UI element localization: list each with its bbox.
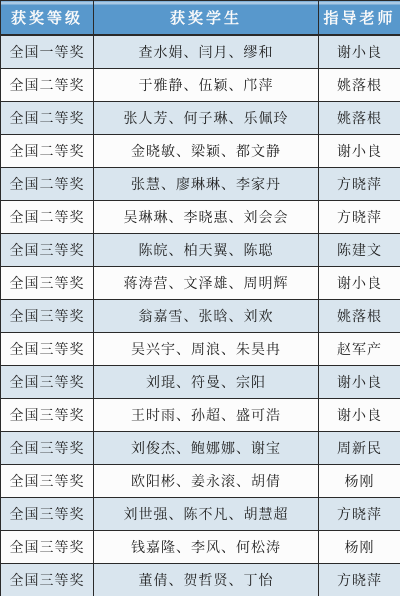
award-level-cell: 全国三等奖	[1, 465, 94, 498]
teacher-cell: 谢小良	[319, 267, 400, 300]
table-row: 全国三等奖刘琨、符曼、宗阳谢小良	[1, 366, 400, 399]
students-cell: 钱嘉隆、李风、何松涛	[94, 531, 319, 564]
teacher-cell: 姚落根	[319, 102, 400, 135]
table-row: 全国二等奖金晓敏、梁颖、都文静谢小良	[1, 135, 400, 168]
table-row: 全国二等奖张慧、廖琳琳、李家丹方晓萍	[1, 168, 400, 201]
award-level-cell: 全国三等奖	[1, 333, 94, 366]
table-row: 全国二等奖张人芳、何子琳、乐佩玲姚落根	[1, 102, 400, 135]
award-level-cell: 全国三等奖	[1, 432, 94, 465]
students-cell: 吴兴宇、周浪、朱昊冉	[94, 333, 319, 366]
award-level-cell: 全国二等奖	[1, 135, 94, 168]
table-row: 全国三等奖翁嘉雪、张晗、刘欢姚落根	[1, 300, 400, 333]
teacher-cell: 周新民	[319, 432, 400, 465]
students-cell: 陈皖、柏天翼、陈聪	[94, 234, 319, 267]
teacher-cell: 谢小良	[319, 399, 400, 432]
award-level-cell: 全国二等奖	[1, 168, 94, 201]
teacher-cell: 方晓萍	[319, 498, 400, 531]
students-cell: 张慧、廖琳琳、李家丹	[94, 168, 319, 201]
award-level-cell: 全国三等奖	[1, 399, 94, 432]
teacher-cell: 姚落根	[319, 69, 400, 102]
award-level-cell: 全国三等奖	[1, 531, 94, 564]
table-row: 全国二等奖于雅静、伍颖、邝萍姚落根	[1, 69, 400, 102]
teacher-cell: 杨刚	[319, 465, 400, 498]
teacher-cell: 姚落根	[319, 300, 400, 333]
header-award-level: 获奖等级	[1, 1, 94, 36]
table-row: 全国三等奖陈皖、柏天翼、陈聪陈建文	[1, 234, 400, 267]
teacher-cell: 方晓萍	[319, 201, 400, 234]
header-row: 获奖等级 获奖学生 指导老师	[1, 1, 400, 36]
table-row: 全国三等奖刘俊杰、鲍娜娜、谢宝周新民	[1, 432, 400, 465]
teacher-cell: 谢小良	[319, 135, 400, 168]
award-level-cell: 全国二等奖	[1, 201, 94, 234]
table-row: 全国二等奖吴琳琳、李晓惠、刘会会方晓萍	[1, 201, 400, 234]
teacher-cell: 谢小良	[319, 35, 400, 69]
award-level-cell: 全国三等奖	[1, 267, 94, 300]
award-level-cell: 全国三等奖	[1, 498, 94, 531]
students-cell: 张人芳、何子琳、乐佩玲	[94, 102, 319, 135]
teacher-cell: 赵军产	[319, 333, 400, 366]
students-cell: 董倩、贺哲贤、丁怡	[94, 564, 319, 596]
table-row: 全国三等奖欧阳彬、姜永滚、胡倩杨刚	[1, 465, 400, 498]
teacher-cell: 陈建文	[319, 234, 400, 267]
table-row: 全国三等奖钱嘉隆、李风、何松涛杨刚	[1, 531, 400, 564]
students-cell: 欧阳彬、姜永滚、胡倩	[94, 465, 319, 498]
award-level-cell: 全国三等奖	[1, 234, 94, 267]
award-level-cell: 全国三等奖	[1, 564, 94, 596]
awards-table: 获奖等级 获奖学生 指导老师 全国一等奖查水娟、闫月、缪和谢小良全国二等奖于雅静…	[0, 0, 400, 596]
students-cell: 王时雨、孙超、盛可浩	[94, 399, 319, 432]
table-row: 全国三等奖刘世强、陈不凡、胡慧超方晓萍	[1, 498, 400, 531]
teacher-cell: 方晓萍	[319, 168, 400, 201]
students-cell: 蒋涛营、文泽雄、周明辉	[94, 267, 319, 300]
teacher-cell: 谢小良	[319, 366, 400, 399]
header-award-students: 获奖学生	[94, 1, 319, 36]
award-level-cell: 全国三等奖	[1, 366, 94, 399]
table-row: 全国三等奖王时雨、孙超、盛可浩谢小良	[1, 399, 400, 432]
students-cell: 翁嘉雪、张晗、刘欢	[94, 300, 319, 333]
award-level-cell: 全国一等奖	[1, 35, 94, 69]
students-cell: 刘俊杰、鲍娜娜、谢宝	[94, 432, 319, 465]
table-body: 全国一等奖查水娟、闫月、缪和谢小良全国二等奖于雅静、伍颖、邝萍姚落根全国二等奖张…	[1, 35, 400, 596]
award-level-cell: 全国三等奖	[1, 300, 94, 333]
table-row: 全国三等奖吴兴宇、周浪、朱昊冉赵军产	[1, 333, 400, 366]
table-row: 全国三等奖蒋涛营、文泽雄、周明辉谢小良	[1, 267, 400, 300]
award-level-cell: 全国二等奖	[1, 102, 94, 135]
teacher-cell: 方晓萍	[319, 564, 400, 596]
table-row: 全国三等奖董倩、贺哲贤、丁怡方晓萍	[1, 564, 400, 596]
table-row: 全国一等奖查水娟、闫月、缪和谢小良	[1, 35, 400, 69]
students-cell: 刘琨、符曼、宗阳	[94, 366, 319, 399]
award-level-cell: 全国二等奖	[1, 69, 94, 102]
students-cell: 吴琳琳、李晓惠、刘会会	[94, 201, 319, 234]
teacher-cell: 杨刚	[319, 531, 400, 564]
header-teacher: 指导老师	[319, 1, 400, 36]
students-cell: 查水娟、闫月、缪和	[94, 35, 319, 69]
students-cell: 于雅静、伍颖、邝萍	[94, 69, 319, 102]
students-cell: 金晓敏、梁颖、都文静	[94, 135, 319, 168]
students-cell: 刘世强、陈不凡、胡慧超	[94, 498, 319, 531]
